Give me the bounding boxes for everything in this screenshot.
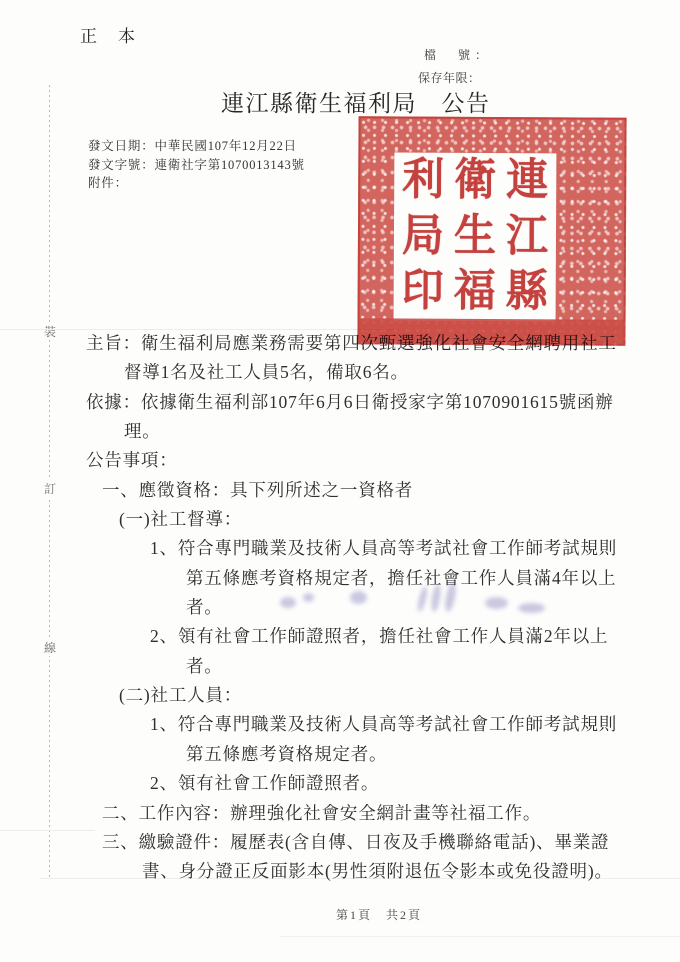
body-line: (二)社工人員：	[86, 681, 646, 710]
body-line: 理。	[86, 417, 646, 446]
seal-char: 衛	[450, 153, 500, 209]
ink-smudge	[350, 591, 367, 604]
body-line: 二、工作內容：辦理強化社會安全網計畫等社福工作。	[86, 799, 646, 828]
body-line: 依據：依據衛生福利部107年6月6日衛授家字第1070901615號函辦	[86, 388, 646, 417]
body-line: 第五條應考資格規定者。	[86, 740, 646, 769]
announcement-body: 主旨：衛生福利局應業務需要第四次甄選強化社會安全網聘用社工 督導1名及社工人員5…	[86, 329, 646, 887]
body-line: 1、符合專門職業及技術人員高等考試社會工作師考試規則	[86, 534, 646, 563]
footer-page-info: 第1頁 共2頁	[336, 906, 422, 923]
seal-column-middle: 衛 生 福	[450, 155, 501, 319]
file-number-label: 檔 號：	[424, 46, 492, 63]
document-title: 連江縣衛生福利局 公告	[221, 85, 491, 118]
seal-column-right: 連 江 縣	[502, 155, 553, 319]
ink-smudge	[303, 593, 314, 602]
body-line: 2、領有社會工作師證照者，擔任社會工作人員滿2年以上	[86, 622, 646, 651]
issue-date: 發文日期：中華民國107年12月22日	[88, 137, 305, 156]
official-seal: 連 江 縣 衛 生 福 利 局 印	[357, 116, 626, 345]
body-line: 書、身分證正反面影本(男性須附退伍令影本或免役證明)。	[86, 857, 646, 886]
seal-char: 印	[398, 264, 448, 320]
body-line: 者。	[86, 652, 646, 681]
seal-char: 江	[502, 209, 552, 265]
body-line: 1、符合專門職業及技術人員高等考試社會工作師考試規則	[86, 710, 646, 739]
seal-char: 局	[398, 208, 448, 264]
scan-streak	[280, 936, 680, 937]
seal-inner-face: 連 江 縣 衛 生 福 利 局 印	[394, 152, 557, 321]
binding-mark-xian: 線	[42, 639, 58, 656]
seal-char: 連	[502, 153, 552, 209]
seal-char: 縣	[502, 264, 552, 320]
copy-type-label: 正本	[80, 22, 156, 47]
binding-mark-ding: 訂	[42, 480, 58, 497]
body-line: 一、應徵資格：具下列所述之一資格者	[86, 476, 646, 505]
body-line: 督導1名及社工人員5名，備取6名。	[86, 358, 646, 387]
body-line: 三、繳驗證件：履歷表(含自傳、日夜及手機聯絡電話)、畢業證	[86, 828, 646, 857]
seal-bottom-edge	[359, 318, 623, 343]
binding-mark-zhuang: 裝	[42, 323, 58, 340]
ink-smudge	[485, 597, 508, 609]
seal-char: 生	[450, 209, 500, 265]
retention-period-label: 保存年限：	[418, 69, 481, 86]
ink-smudge	[518, 603, 545, 613]
scan-streak	[0, 830, 95, 831]
document-meta: 發文日期：中華民國107年12月22日 發文字號：連衛社字第1070013143…	[88, 137, 305, 193]
body-line: 第五條應考資格規定者，擔任社會工作人員滿4年以上	[86, 564, 646, 593]
seal-char: 福	[450, 264, 500, 320]
body-line: 2、領有社會工作師證照者。	[86, 769, 646, 798]
seal-column-left: 利 局 印	[398, 155, 449, 319]
doc-number: 發文字號：連衛社字第1070013143號	[88, 156, 305, 175]
attachment-label: 附件：	[88, 174, 305, 193]
ink-smudge	[280, 597, 296, 608]
document-page: 裝 訂 線 正本 檔 號： 保存年限： 連江縣衛生福利局 公告 發文日期：中華民…	[0, 0, 680, 962]
body-line: (一)社工督導：	[86, 505, 646, 534]
seal-char: 利	[398, 153, 448, 209]
body-line: 公告事項：	[86, 446, 646, 475]
